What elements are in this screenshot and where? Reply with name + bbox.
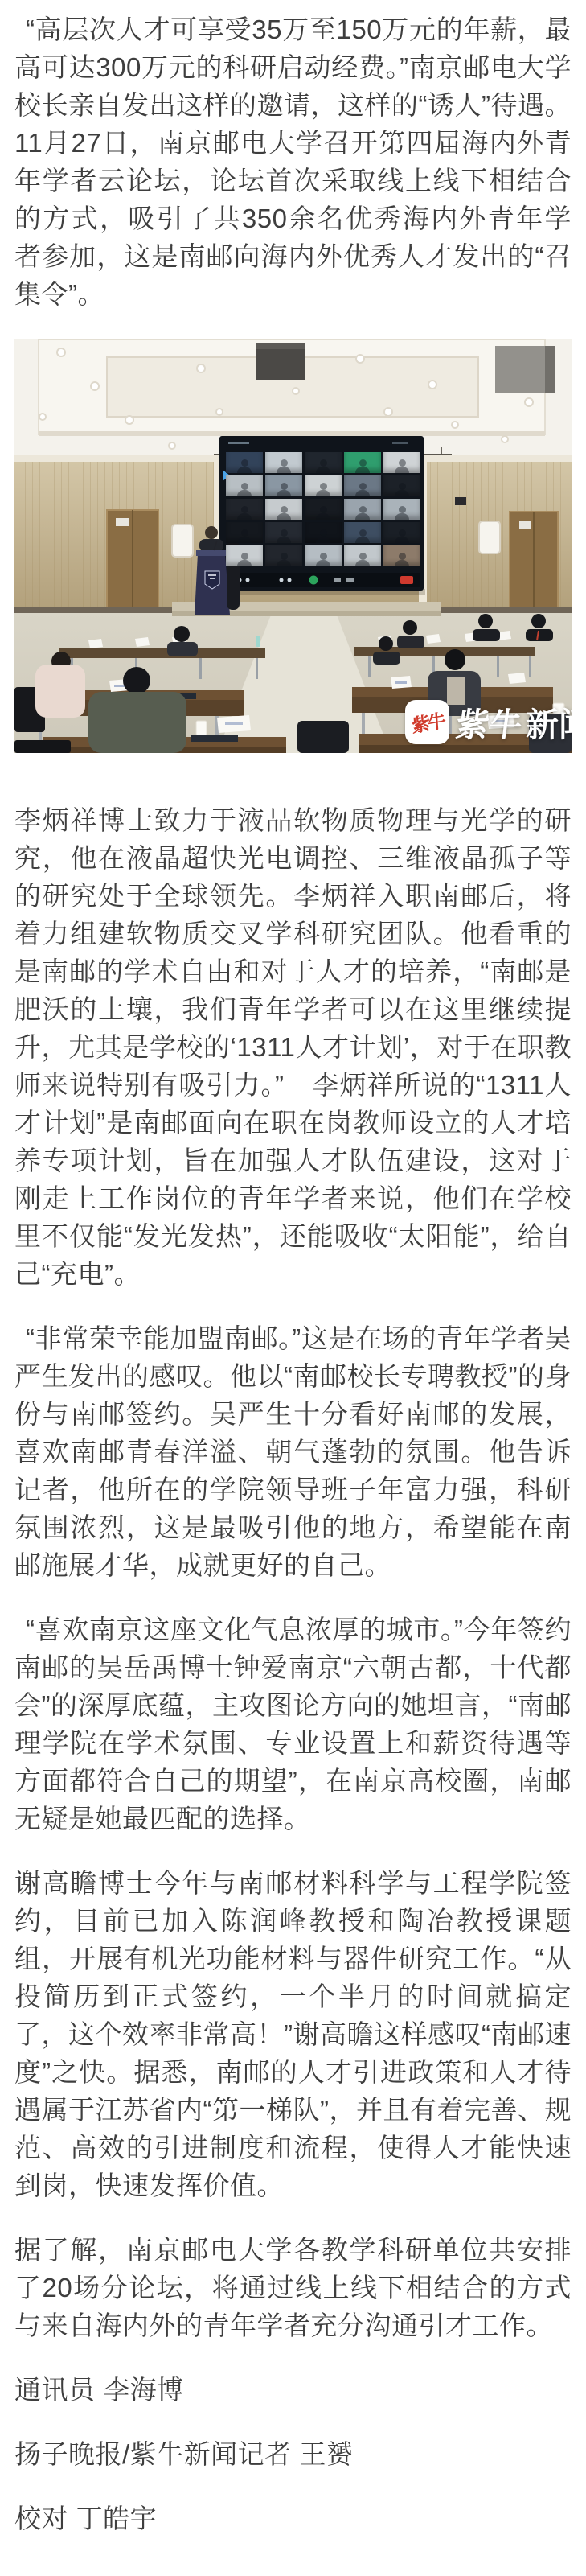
conference-photo: 紫牛 紫牛新闻 [14, 339, 572, 753]
watermark-suffix: 新闻 [526, 706, 572, 743]
ziniu-logo-icon: 紫牛 [405, 700, 449, 744]
ziniu-watermark: 紫牛 紫牛新闻 [405, 698, 572, 746]
paragraph: 据了解，南京邮电大学各教学科研单位共安排了20场分论坛，将通过线上线下相结合的方… [14, 2231, 572, 2344]
video-tile [305, 499, 342, 520]
video-tile [226, 545, 263, 566]
video-tile [305, 452, 342, 473]
wall-speaker-left [172, 525, 193, 557]
credit-proofreader: 校对 丁皓宇 [14, 2500, 572, 2537]
video-tile [226, 452, 263, 473]
watermark-brand: 紫牛 [453, 698, 526, 746]
video-tile [383, 499, 420, 520]
video-tile [265, 499, 302, 520]
article-page: “高层次人才可享受35万至150万元的年薪，最高可达300万元的科研启动经费。”… [0, 0, 586, 2576]
wall-camera [455, 497, 466, 505]
video-tile [383, 475, 420, 496]
watermark-text: 紫牛新闻 [457, 698, 572, 746]
video-tile [344, 522, 381, 543]
video-tile [265, 475, 302, 496]
toolbar-green-button [309, 576, 318, 585]
video-tile [344, 452, 381, 473]
video-tile [383, 522, 420, 543]
video-tile [265, 545, 302, 566]
paragraph-lead: “高层次人才可享受35万至150万元的年薪，最高可达300万元的科研启动经费。”… [14, 10, 572, 313]
video-tile [305, 475, 342, 496]
wall-speaker-right [479, 521, 500, 553]
video-tile [383, 545, 420, 566]
right-door [510, 512, 558, 610]
video-tile [265, 522, 302, 543]
video-tile [383, 452, 420, 473]
credit-correspondent: 通讯员 李海博 [14, 2371, 572, 2409]
video-tile [344, 499, 381, 520]
video-tile [226, 499, 263, 520]
toolbar-red-button [400, 576, 413, 584]
video-tile [226, 475, 263, 496]
video-tile [305, 545, 342, 566]
video-tile [344, 545, 381, 566]
video-tile [344, 475, 381, 496]
paragraph: 谢高瞻博士今年与南邮材料科学与工程学院签约，目前已加入陈润峰教授和陶冶教授课题组… [14, 1864, 572, 2204]
paragraph: “非常荣幸能加盟南邮。”这是在场的青年学者吴严生发出的感叹。他以“南邮校长专聘教… [14, 1319, 572, 1584]
credit-reporter: 扬子晚报/紫牛新闻记者 王赟 [14, 2435, 572, 2473]
left-door [107, 510, 158, 610]
ziniu-logo-text: 紫牛 [411, 706, 445, 738]
video-tile [265, 452, 302, 473]
video-tile [226, 522, 263, 543]
paragraph: “喜欢南京这座文化气息浓厚的城市。”今年签约南邮的吴岳禹博士钟爱南京“六朝古都，… [14, 1611, 572, 1837]
video-wall-grid [226, 452, 420, 566]
video-tile [305, 522, 342, 543]
paragraph: 李炳祥博士致力于液晶软物质物理与光学的研究，他在液晶超快光电调控、三维液晶孤子等… [14, 801, 572, 1293]
